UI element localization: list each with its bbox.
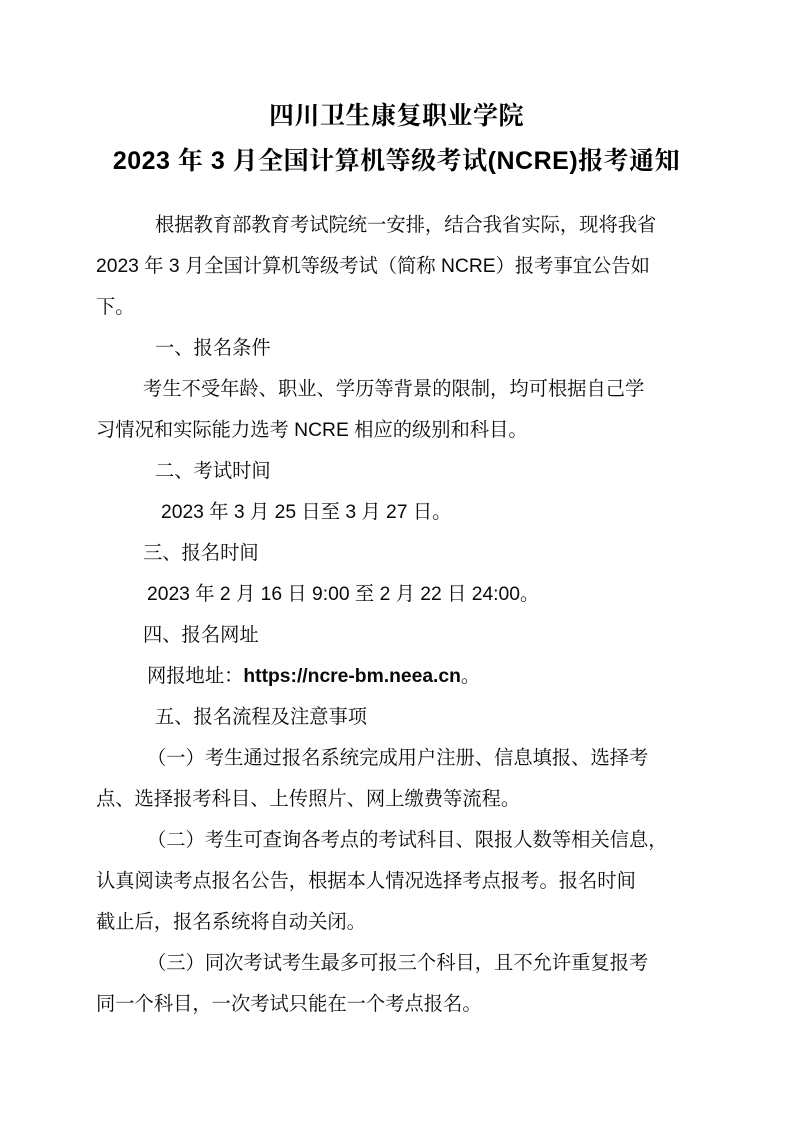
heading-registration-website: 四、报名网址 (96, 615, 693, 656)
process-item-2-line-1: （二）考生可查询各考点的考试科目、限报人数等相关信息， (96, 820, 693, 861)
registration-url-suffix: 。 (461, 666, 480, 687)
process-item-3-line-2: 同一个科目，一次考试只能在一个考点报名。 (96, 984, 693, 1025)
process-item-2-line-2: 认真阅读考点报名公告，根据本人情况选择考点报考。报名时间 (96, 861, 693, 902)
heading-enrollment-conditions: 一、报名条件 (96, 328, 693, 369)
section-enrollment-conditions: 一、报名条件 考生不受年龄、职业、学历等背景的限制，均可根据自己学 习情况和实际… (96, 328, 693, 451)
registration-url-label: 网报地址： (147, 666, 243, 687)
document-body: 根据教育部教育考试院统一安排，结合我省实际，现将我省 2023 年 3 月全国计… (0, 184, 793, 1025)
process-item-1: （一）考生通过报名系统完成用户注册、信息填报、选择考 点、选择报考科目、上传照片… (96, 738, 693, 820)
intro-line-3: 下。 (96, 287, 693, 328)
exam-time-line: 2023 年 3 月 25 日至 3 月 27 日。 (96, 492, 693, 533)
process-item-2-line-3: 截止后，报名系统将自动关闭。 (96, 902, 693, 943)
registration-time-line: 2023 年 2 月 16 日 9:00 至 2 月 22 日 24:00。 (96, 574, 693, 615)
section-registration-process: 五、报名流程及注意事项 （一）考生通过报名系统完成用户注册、信息填报、选择考 点… (96, 697, 693, 1025)
page-subtitle: 2023 年 3 月全国计算机等级考试(NCRE)报考通知 (0, 139, 793, 184)
process-item-1-line-1: （一）考生通过报名系统完成用户注册、信息填报、选择考 (96, 738, 693, 779)
section-registration-time: 三、报名时间 2023 年 2 月 16 日 9:00 至 2 月 22 日 2… (96, 533, 693, 615)
enrollment-conditions-line-1: 考生不受年龄、职业、学历等背景的限制，均可根据自己学 (96, 369, 693, 410)
registration-url-line: 网报地址：https://ncre-bm.neea.cn。 (96, 656, 693, 697)
section-registration-website: 四、报名网址 网报地址：https://ncre-bm.neea.cn。 (96, 615, 693, 697)
document-header: 四川卫生康复职业学院 2023 年 3 月全国计算机等级考试(NCRE)报考通知 (0, 0, 793, 184)
process-item-3-line-1: （三）同次考试考生最多可报三个科目，且不允许重复报考 (96, 943, 693, 984)
section-exam-time: 二、考试时间 2023 年 3 月 25 日至 3 月 27 日。 (96, 451, 693, 533)
intro-line-1: 根据教育部教育考试院统一安排，结合我省实际，现将我省 (96, 205, 693, 246)
intro-line-2: 2023 年 3 月全国计算机等级考试（简称 NCRE）报考事宜公告如 (96, 246, 693, 287)
enrollment-conditions-line-2: 习情况和实际能力选考 NCRE 相应的级别和科目。 (96, 410, 693, 451)
heading-registration-process: 五、报名流程及注意事项 (96, 697, 693, 738)
heading-exam-time: 二、考试时间 (96, 451, 693, 492)
process-item-2: （二）考生可查询各考点的考试科目、限报人数等相关信息， 认真阅读考点报名公告，根… (96, 820, 693, 943)
document-page: 四川卫生康复职业学院 2023 年 3 月全国计算机等级考试(NCRE)报考通知… (0, 0, 793, 1122)
process-item-3: （三）同次考试考生最多可报三个科目，且不允许重复报考 同一个科目，一次考试只能在… (96, 943, 693, 1025)
heading-registration-time: 三、报名时间 (96, 533, 693, 574)
page-title: 四川卫生康复职业学院 (0, 94, 793, 139)
registration-url: https://ncre-bm.neea.cn (243, 666, 461, 687)
process-item-1-line-2: 点、选择报考科目、上传照片、网上缴费等流程。 (96, 779, 693, 820)
intro-paragraph: 根据教育部教育考试院统一安排，结合我省实际，现将我省 2023 年 3 月全国计… (96, 205, 693, 328)
